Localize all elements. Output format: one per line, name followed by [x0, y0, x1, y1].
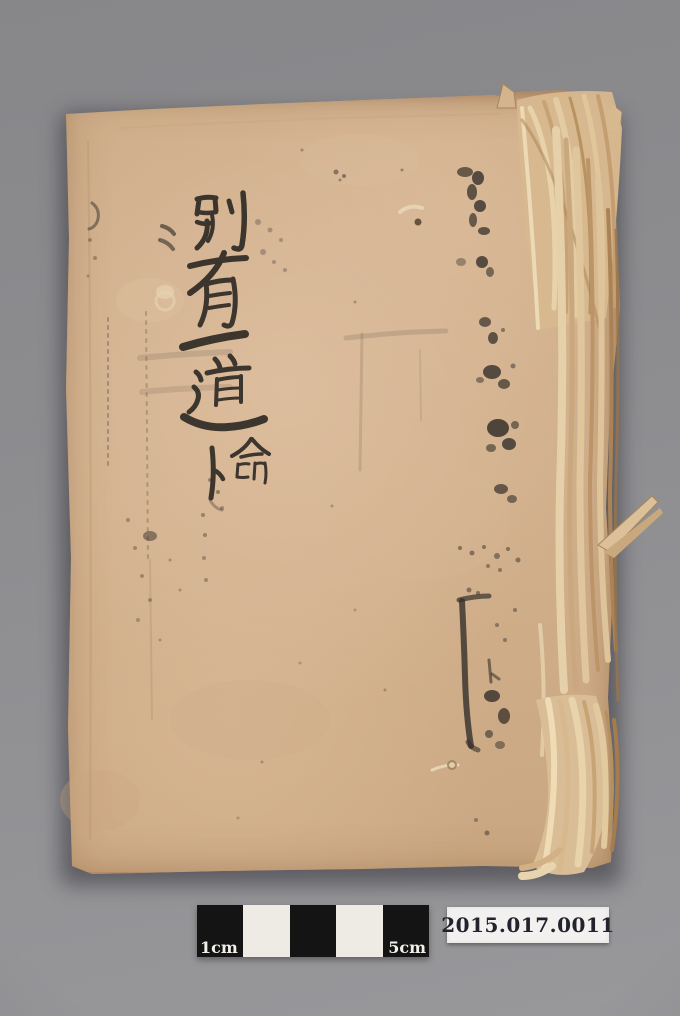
inscription-char-bu: 卜: [201, 446, 243, 506]
catalog-number-text: 2015.017.0011: [441, 913, 615, 937]
scale-segment-white: [243, 905, 289, 957]
scale-segment-white: [336, 905, 382, 957]
scale-label-5cm: 5cm: [388, 940, 426, 956]
scale-segment-black: [290, 905, 336, 957]
scale-bar: 1cm 5cm: [197, 905, 429, 957]
catalog-number-label: 2015.017.0011: [447, 907, 609, 943]
artifact-photo: 別有一道 命 卜 1cm 5cm 2015.017.0011: [0, 0, 680, 1016]
book-cover: [62, 88, 622, 874]
scale-label-1cm: 1cm: [200, 940, 238, 956]
